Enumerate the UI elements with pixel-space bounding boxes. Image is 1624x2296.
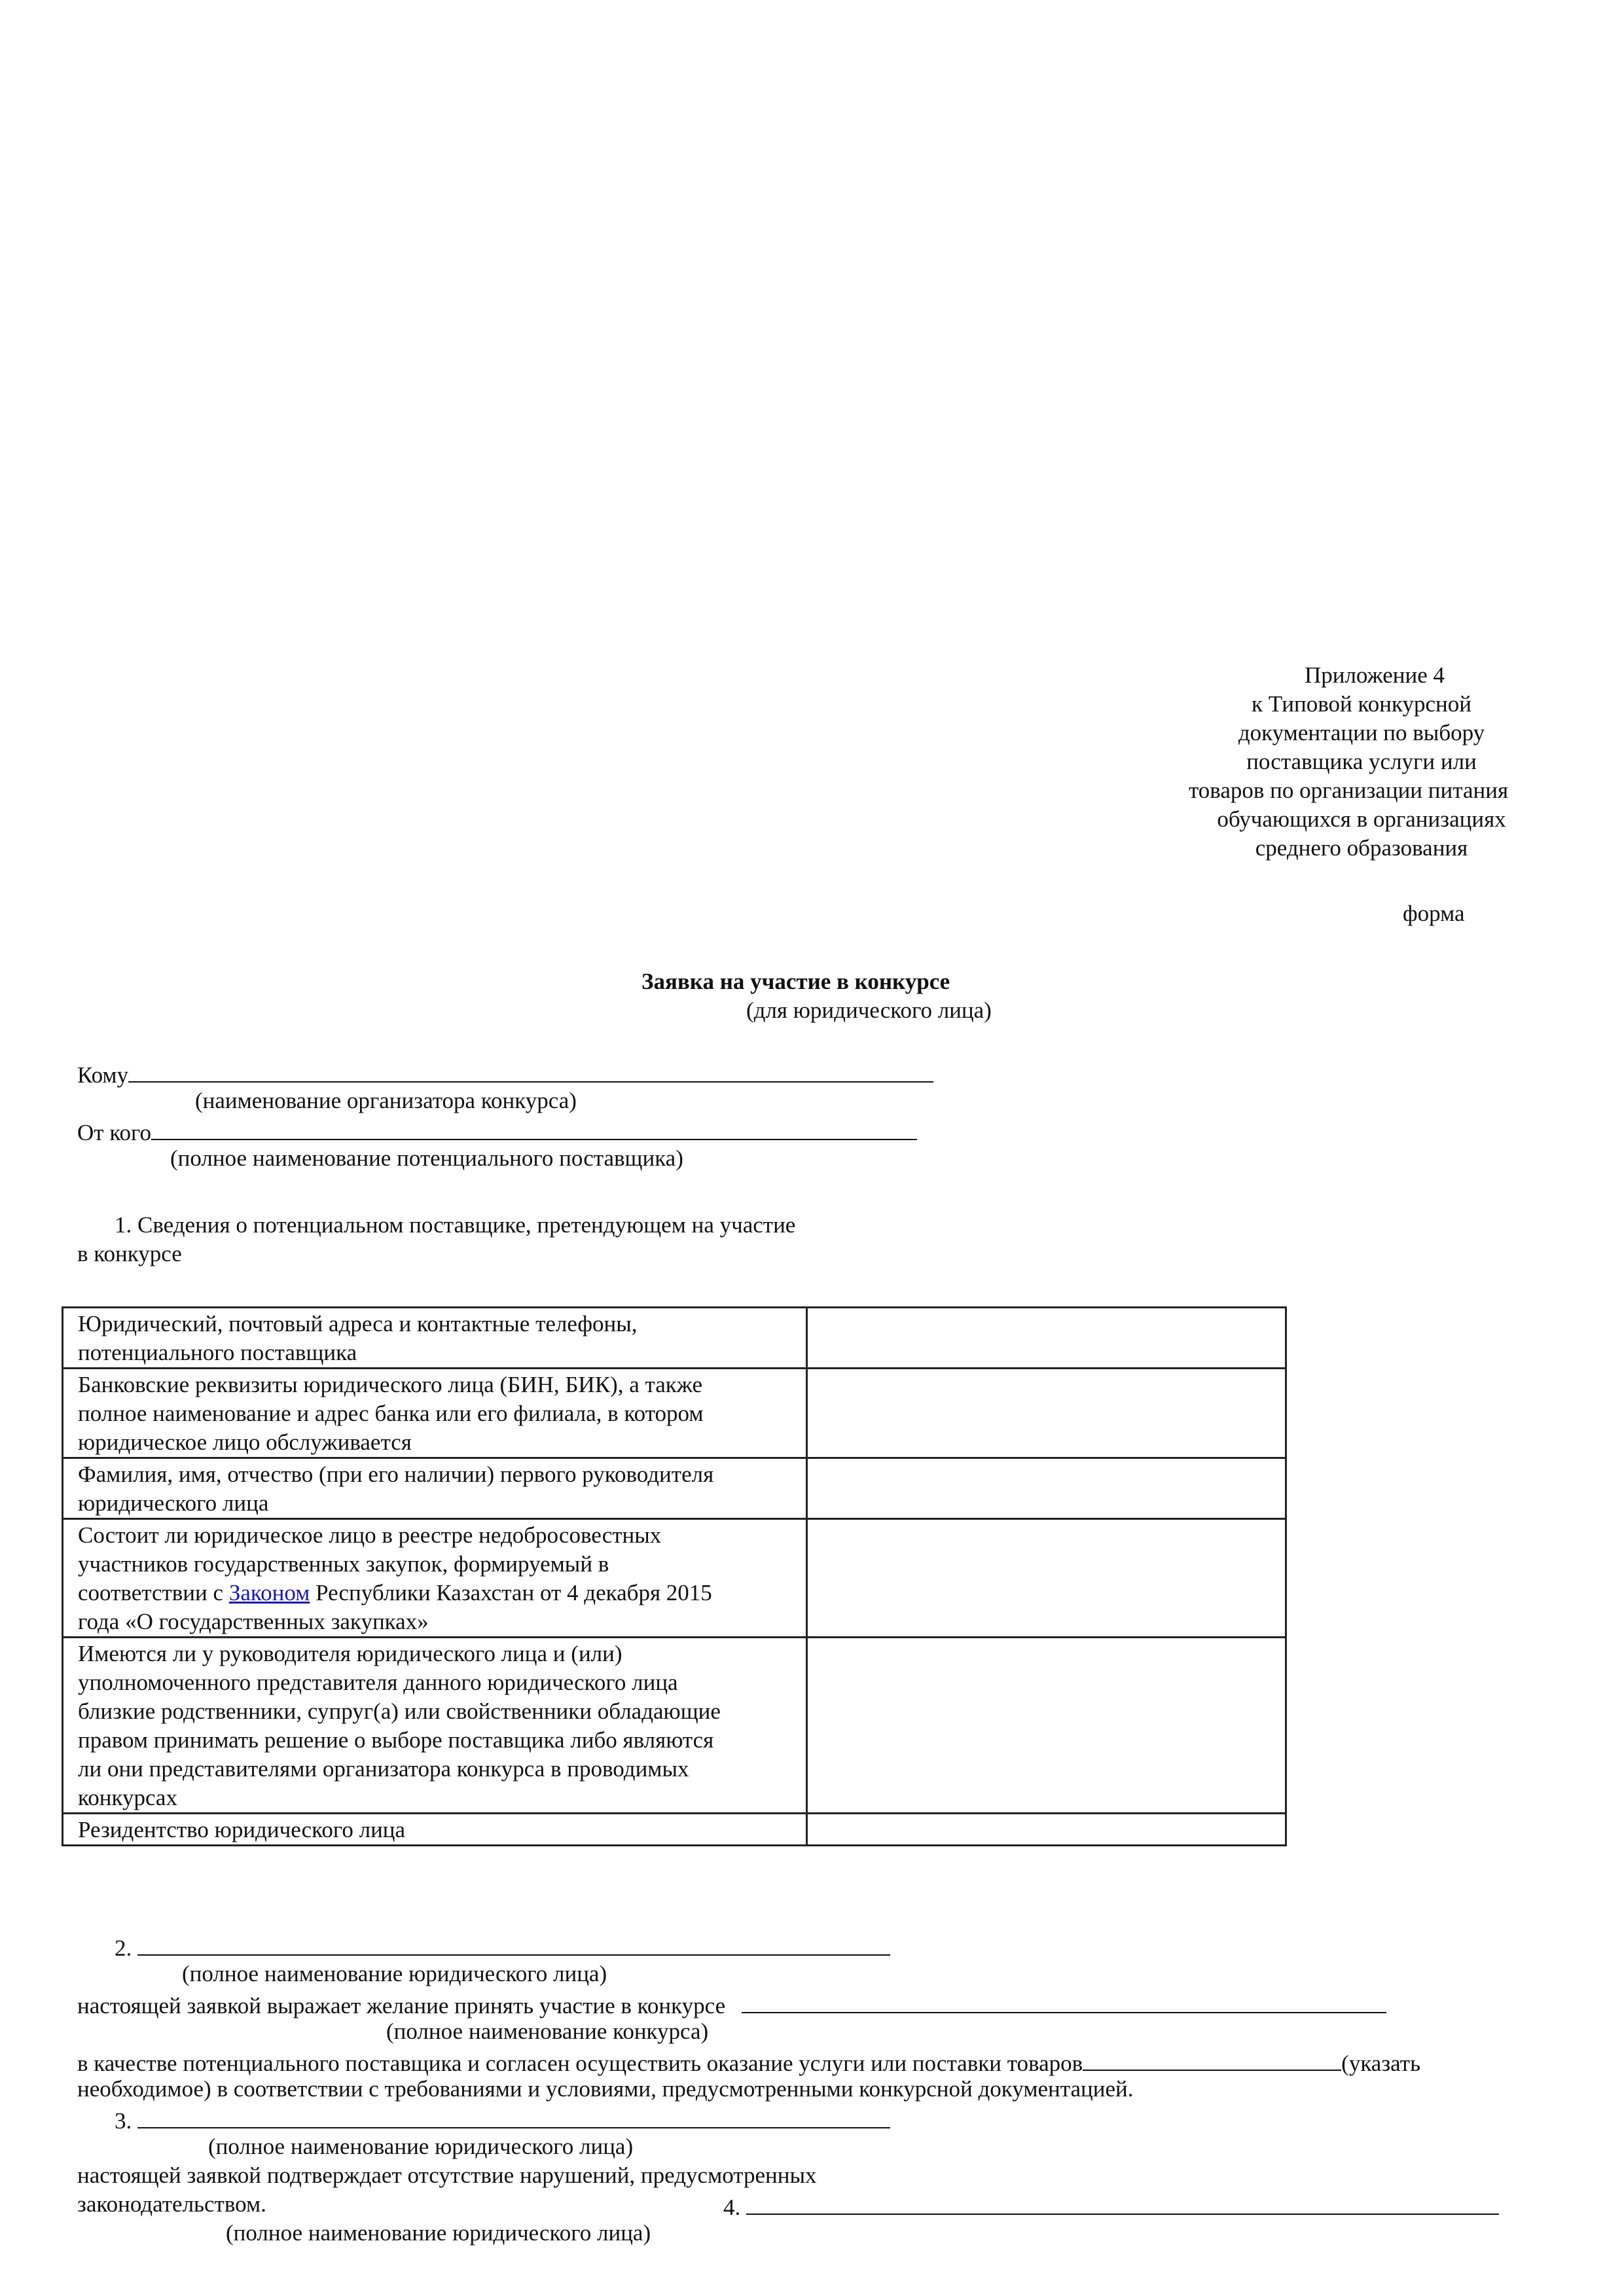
to-hint: (наименование организатора конкурса)	[195, 1086, 577, 1115]
row-label-line: юридическое лицо обслуживается	[78, 1428, 793, 1457]
contest-name-hint: (полное наименование конкурса)	[386, 2017, 708, 2046]
table-row: Имеются ли у руководителя юридического л…	[63, 1638, 1286, 1814]
supplier-info-table: Юридический, почтовый адреса и контактны…	[62, 1306, 1287, 1846]
appendix-caption: Приложение 4 к Типовой конкурсной докуме…	[1178, 661, 1545, 863]
section2-name-input[interactable]	[137, 1931, 890, 1956]
form-label: форма	[1403, 899, 1465, 928]
section1-heading: 1. Сведения о потенциальном поставщике, …	[115, 1211, 795, 1240]
row-label: Резидентство юридического лица	[63, 1814, 807, 1846]
section1-heading-cont: в конкурсе	[77, 1240, 182, 1268]
to-input[interactable]	[128, 1058, 933, 1083]
section4-name-input[interactable]	[746, 2190, 1499, 2215]
goods-services-input[interactable]	[1083, 2046, 1341, 2071]
row-label-line: юридического лица	[78, 1489, 793, 1518]
from-field: От кого	[77, 1115, 917, 1147]
row-label-line: Имеются ли у руководителя юридического л…	[78, 1640, 793, 1668]
section2-text1-row: настоящей заявкой выражает желание приня…	[77, 1988, 1386, 2020]
row-label: Состоит ли юридическое лицо в реестре не…	[63, 1519, 807, 1638]
section2-name-hint: (полное наименование юридического лица)	[182, 1960, 607, 1988]
appendix-line: к Типовой конкурсной	[1178, 690, 1545, 719]
table-row: Банковские реквизиты юридического лица (…	[63, 1369, 1286, 1458]
appendix-line: среднего образования	[1178, 834, 1545, 863]
row-label-line: ли они представителями организатора конк…	[78, 1755, 793, 1784]
row-label-line: правом принимать решение о выборе постав…	[78, 1726, 793, 1755]
row-label: Банковские реквизиты юридического лица (…	[63, 1369, 807, 1458]
row-label-line: соответствии с Законом Республики Казахс…	[78, 1579, 793, 1607]
table-row: Фамилия, имя, отчество (при его наличии)…	[63, 1458, 1286, 1519]
row-label: Имеются ли у руководителя юридического л…	[63, 1638, 807, 1814]
section3-text1: настоящей заявкой подтверждает отсутстви…	[77, 2161, 817, 2190]
table-row: Резидентство юридического лица	[63, 1814, 1286, 1846]
section2-text2: в качестве потенциального поставщика и с…	[77, 2051, 1083, 2076]
row-label-line: Резидентство юридического лица	[78, 1816, 793, 1844]
table-row: Состоит ли юридическое лицо в реестре не…	[63, 1519, 1286, 1638]
appendix-line: обучающихся в организациях	[1178, 805, 1545, 834]
law-link[interactable]: Законом	[229, 1580, 310, 1605]
page-title: Заявка на участие в конкурсе	[641, 967, 950, 996]
row-label-line: потенциального поставщика	[78, 1338, 793, 1367]
section2-text3: необходимое) в соответствии с требования…	[77, 2075, 1134, 2104]
row-label-line: Состоит ли юридическое лицо в реестре не…	[78, 1521, 793, 1550]
row-label-line: Юридический, почтовый адреса и контактны…	[78, 1310, 793, 1338]
row-value-cell[interactable]	[807, 1519, 1286, 1638]
row-value-cell[interactable]	[807, 1369, 1286, 1458]
section2-text2-after: (указать	[1341, 2051, 1420, 2076]
from-label: От кого	[77, 1120, 151, 1145]
row-label: Фамилия, имя, отчество (при его наличии)…	[63, 1458, 807, 1519]
row-value-cell[interactable]	[807, 1458, 1286, 1519]
to-field: Кому	[77, 1058, 933, 1090]
row-value-cell[interactable]	[807, 1814, 1286, 1846]
row-value-cell[interactable]	[807, 1308, 1286, 1369]
section2-number: 2.	[115, 1935, 132, 1961]
row-label-line: уполномоченного представителя данного юр…	[78, 1668, 793, 1697]
section3-text2: законодательством.	[77, 2190, 266, 2219]
row-label-line: участников государственных закупок, форм…	[78, 1550, 793, 1579]
row-label-text: Республики Казахстан от 4 декабря 2015	[310, 1580, 712, 1605]
section3-field: 3.	[115, 2104, 890, 2136]
row-label: Юридический, почтовый адреса и контактны…	[63, 1308, 807, 1369]
appendix-line: Приложение 4	[1178, 661, 1545, 690]
section2-text1: настоящей заявкой выражает желание приня…	[77, 1993, 725, 2018]
section4-name-hint: (полное наименование юридического лица)	[226, 2219, 651, 2248]
row-label-line: года «О государственных закупках»	[78, 1607, 793, 1636]
row-label-line: полное наименование и адрес банка или ег…	[78, 1399, 793, 1428]
table-row: Юридический, почтовый адреса и контактны…	[63, 1308, 1286, 1369]
appendix-line: документации по выбору	[1178, 719, 1545, 747]
row-label-line: Фамилия, имя, отчество (при его наличии)…	[78, 1460, 793, 1489]
from-hint: (полное наименование потенциального пост…	[170, 1144, 683, 1173]
row-value-cell[interactable]	[807, 1638, 1286, 1814]
contest-name-input[interactable]	[742, 1988, 1386, 2013]
section2-text2-row: в качестве потенциального поставщика и с…	[77, 2046, 1420, 2078]
section2-field: 2.	[115, 1931, 890, 1963]
from-input[interactable]	[151, 1115, 917, 1140]
appendix-line: поставщика услуги или	[1178, 747, 1545, 776]
row-label-line: конкурсах	[78, 1784, 793, 1812]
section3-name-hint: (полное наименование юридического лица)	[208, 2132, 633, 2161]
to-label: Кому	[77, 1062, 128, 1088]
row-label-line: близкие родственники, супруг(а) или свой…	[78, 1697, 793, 1726]
page-subtitle: (для юридического лица)	[746, 996, 992, 1025]
section3-name-input[interactable]	[137, 2104, 890, 2128]
section4-number: 4.	[723, 2195, 740, 2220]
section4-field: 4.	[723, 2190, 1499, 2222]
row-label-line: Банковские реквизиты юридического лица (…	[78, 1371, 793, 1399]
appendix-line: товаров по организации питания	[1152, 776, 1545, 805]
row-label-text: соответствии с	[78, 1580, 229, 1605]
section3-number: 3.	[115, 2108, 132, 2134]
